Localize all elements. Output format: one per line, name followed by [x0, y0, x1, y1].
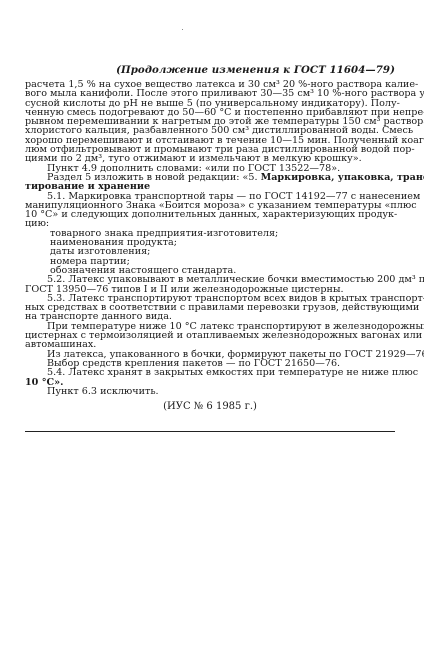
paragraph-5-1: 5.1. Маркировка транспортной тары — по Г… [25, 192, 395, 229]
paragraph-5-3: 5.3. Латекс транспортируют транспортом в… [25, 294, 395, 322]
paragraph-section-5-heading: Раздел 5 изложить в новой редакции: «5. … [25, 173, 395, 192]
paragraph-clause-6-3: Пункт 6.3 исключить. [25, 387, 395, 396]
section-title-part1: Маркировка, упаковка, транспор- [261, 172, 424, 183]
bottom-rule-divider [25, 431, 395, 432]
page-header: (Продолжение изменения к ГОСТ 11604—79) [116, 64, 395, 76]
text-line: 5.4. Латекс хранят в закрытых емкостях п… [25, 368, 395, 377]
paragraph-5-2: 5.2. Латекс упаковывают в металлические … [25, 275, 395, 294]
paragraph-5-4: 5.4. Латекс хранят в закрытых емкостях п… [25, 368, 395, 387]
text-line: 10 °С» и следующих дополнительных данных… [25, 210, 395, 219]
document-body: расчета 1,5 % на сухое вещество латекса … [25, 80, 395, 414]
paragraph-latex-analysis: расчета 1,5 % на сухое вещество латекса … [25, 80, 395, 164]
paragraph-low-temperature: При температуре ниже 10 °С латекс трансп… [25, 322, 395, 350]
source-reference: (ИУС № 6 1985 г.) [25, 402, 395, 414]
scan-speck [182, 29, 183, 30]
marking-data-list: товарного знака предприятия-изготовителя… [25, 229, 395, 275]
